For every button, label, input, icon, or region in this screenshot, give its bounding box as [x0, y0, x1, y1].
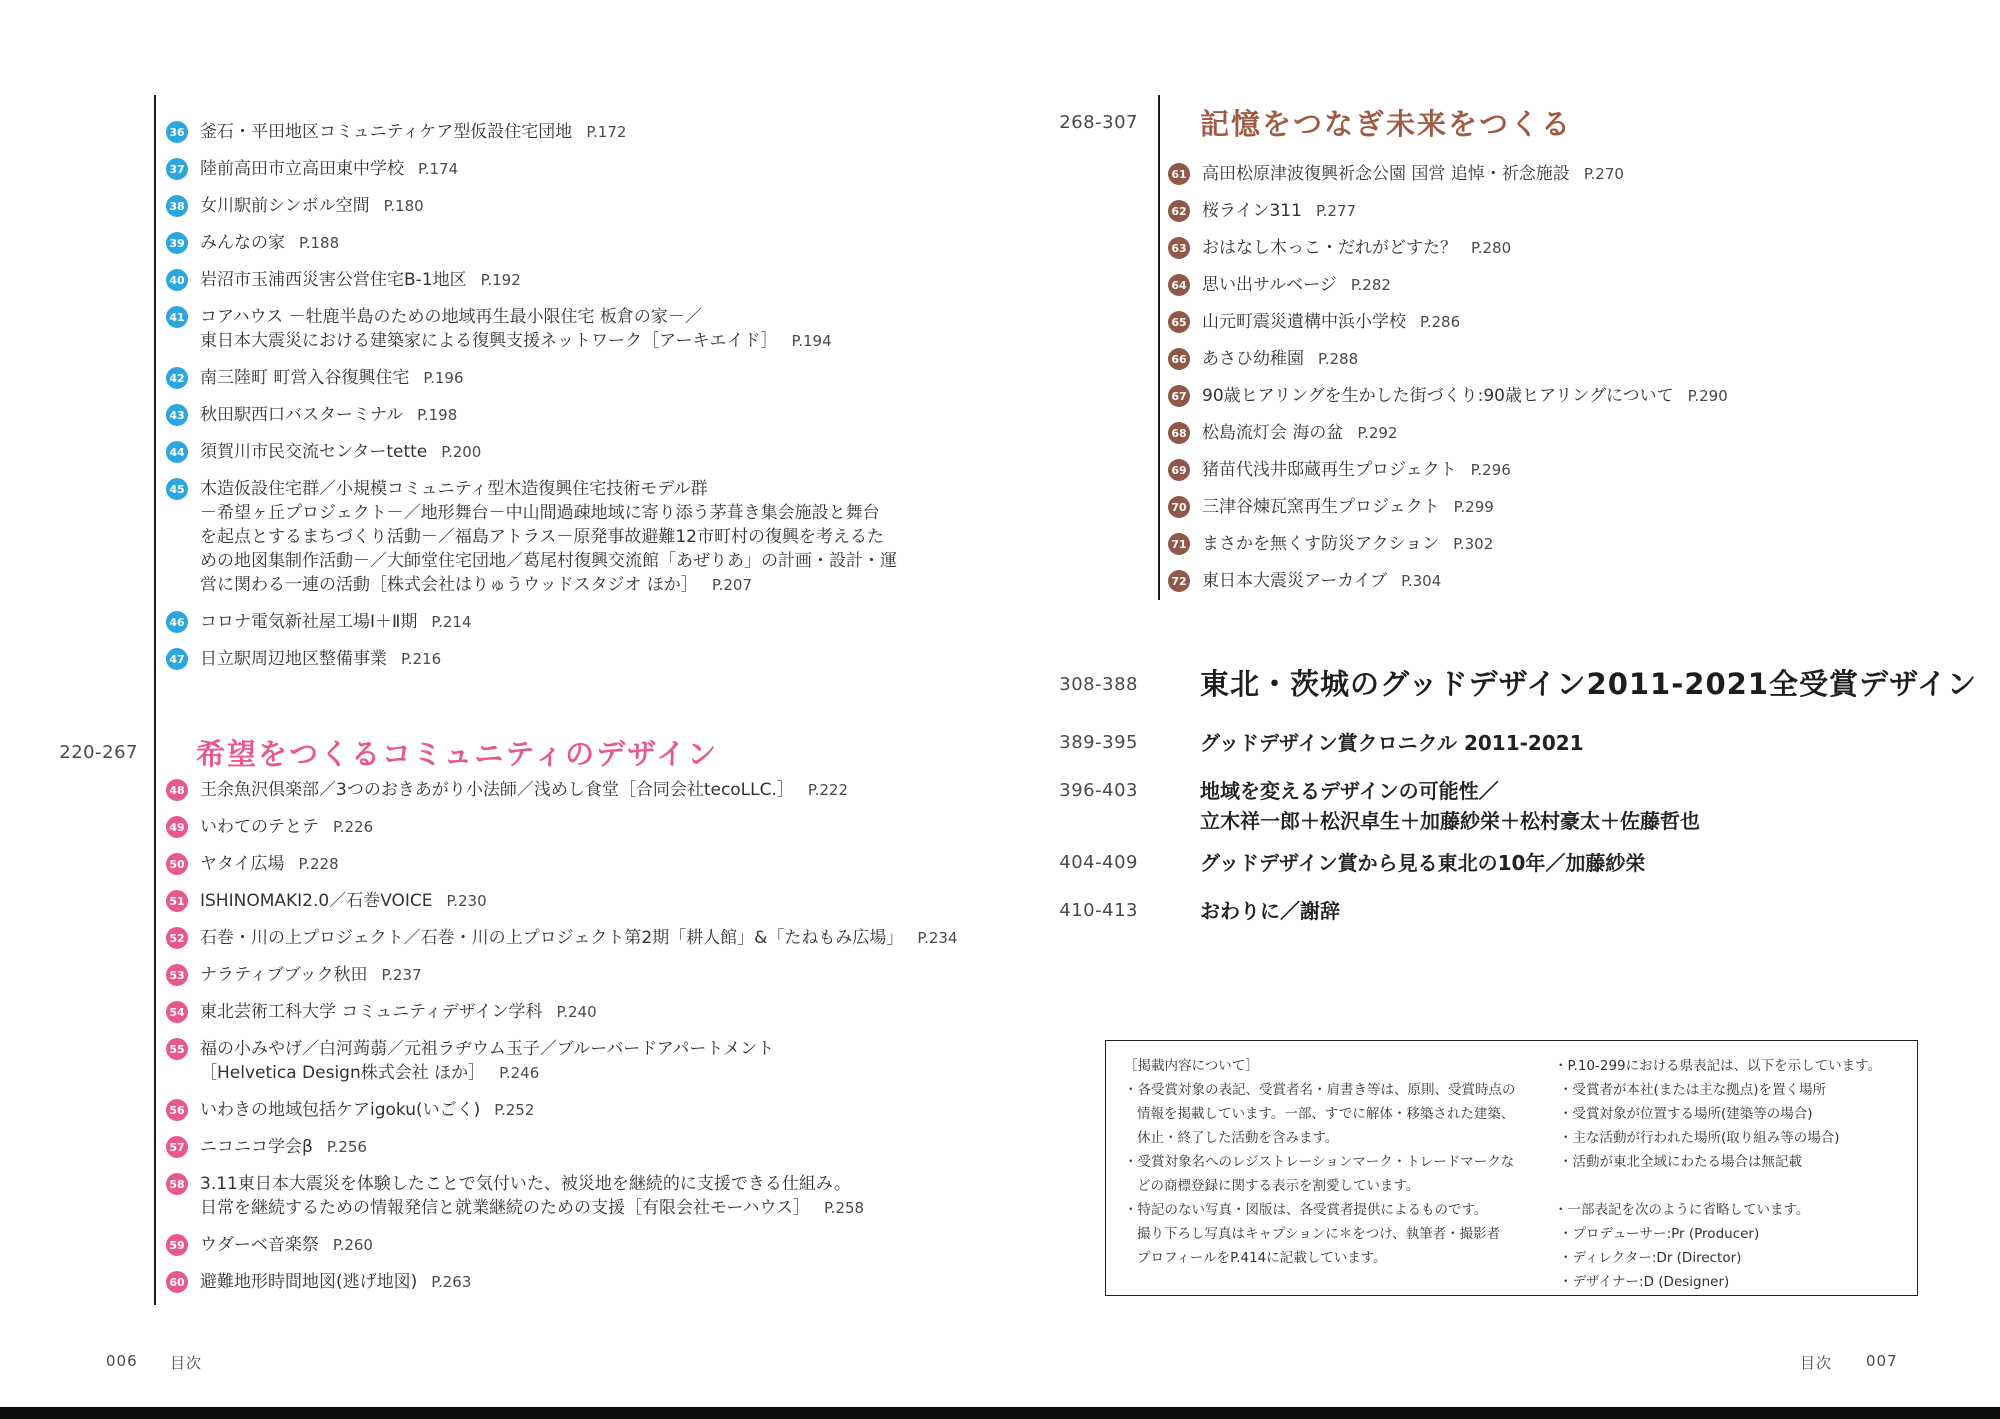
right-footer-label: 目次 [1800, 1352, 1832, 1373]
book-toc-spread: { "colors": { "blue_badge": "#2BA6DE", "… [0, 0, 2000, 1419]
item-number-badge: 68 [1168, 422, 1190, 444]
page-ref: P.256 [327, 1138, 367, 1156]
page-ref: P.302 [1453, 535, 1493, 553]
item-title: 避難地形時間地図(逃げ地図)P.263 [200, 1270, 471, 1294]
back-toc-title: おわりに／謝辞 [1200, 896, 1340, 926]
page-ref: P.258 [824, 1199, 864, 1217]
note-line: 撮り下ろし写真はキャプションに＊をつけ、執筆者・撮影者 [1124, 1222, 1534, 1246]
item-number-badge: 53 [166, 964, 188, 986]
toc-item: 49いわてのテとテP.226 [166, 815, 958, 839]
item-title: ナラティブブック秋田P.237 [200, 963, 422, 987]
item-title: 須賀川市民交流センターtetteP.200 [200, 440, 481, 464]
item-title: 三津谷煉瓦窯再生プロジェクトP.299 [1202, 495, 1494, 519]
toc-item: 69猪苗代浅井邸蔵再生プロジェクトP.296 [1168, 458, 1728, 482]
note-line: ・一部表記を次のように省略しています。 [1554, 1198, 1909, 1222]
toc-item: 48王余魚沢倶楽部／3つのおきあがり小法師／浅めし食堂［合同会社tecoLLC.… [166, 778, 958, 802]
items-48-60: 48王余魚沢倶楽部／3つのおきあがり小法師／浅めし食堂［合同会社tecoLLC.… [166, 778, 958, 1294]
toc-item: 56いわきの地域包括ケアigoku(いごく)P.252 [166, 1098, 958, 1122]
page-ref: P.296 [1471, 461, 1511, 479]
item-title: 山元町震災遺構中浜小学校P.286 [1202, 310, 1460, 334]
item-number-badge: 66 [1168, 348, 1190, 370]
page-ref: P.207 [712, 576, 752, 594]
toc-item: 46コロナ電気新社屋工場Ⅰ＋Ⅱ期P.214 [166, 610, 897, 634]
note-line: ・デザイナー:D (Designer) [1554, 1270, 1909, 1294]
left-page: 36釜石・平田地区コミュニティケア型仮設住宅団地P.17237陸前高田市立高田東… [0, 0, 1000, 1419]
memory-section-page-range: 268-307 [1028, 112, 1138, 133]
left-footer-label: 目次 [170, 1352, 202, 1373]
back-toc-title: 地域を変えるデザインの可能性／立木祥一郎＋松沢卓生＋加藤紗栄＋松村豪太＋佐藤哲也 [1200, 776, 1700, 836]
item-title: 日立駅周辺地区整備事業P.216 [200, 647, 441, 671]
items-61-72: 61高田松原津波復興祈念公園 国営 追悼・祈念施設P.27062桜ライン311P… [1168, 162, 1728, 593]
toc-item: 63おはなし木っこ・だれがどすた？P.280 [1168, 236, 1728, 260]
note-line: ・プロデューサー:Pr (Producer) [1554, 1222, 1909, 1246]
page-ref: P.192 [481, 271, 521, 289]
item-number-badge: 36 [166, 121, 188, 143]
item-title: 桜ライン311P.277 [1202, 199, 1356, 223]
item-number-badge: 41 [166, 306, 188, 328]
toc-item: 60避難地形時間地図(逃げ地図)P.263 [166, 1270, 958, 1294]
right-page-number: 007 [1866, 1352, 1898, 1370]
item-title: 陸前高田市立高田東中学校P.174 [200, 157, 458, 181]
page-ref: P.194 [792, 332, 832, 350]
item-number-badge: 40 [166, 269, 188, 291]
page-ref: P.196 [423, 369, 463, 387]
item-title: 東北芸術工科大学 コミュニティデザイン学科P.240 [200, 1000, 597, 1024]
item-number-badge: 59 [166, 1234, 188, 1256]
note-line [1554, 1174, 1909, 1198]
toc-item: 38女川駅前シンボル空間P.180 [166, 194, 897, 218]
toc-item: 45木造仮設住宅群／小規模コミュニティ型木造復興住宅技術モデル群－希望ヶ丘プロジ… [166, 477, 897, 597]
item-number-badge: 49 [166, 816, 188, 838]
item-number-badge: 56 [166, 1099, 188, 1121]
page-ref: P.252 [494, 1101, 534, 1119]
toc-item: 6790歳ヒアリングを生かした街づくり:90歳ヒアリングについてP.290 [1168, 384, 1728, 408]
left-page-number: 006 [106, 1352, 138, 1370]
item-title: 高田松原津波復興祈念公園 国営 追悼・祈念施設P.270 [1202, 162, 1624, 186]
page-ref: P.188 [299, 234, 339, 252]
toc-item: 53ナラティブブック秋田P.237 [166, 963, 958, 987]
page-ref: P.288 [1318, 350, 1358, 368]
item-number-badge: 37 [166, 158, 188, 180]
bottom-edge-bar [0, 1407, 2000, 1419]
back-toc-page-range: 410-413 [1028, 900, 1138, 921]
note-line: ・受賞対象名へのレジストレーションマーク・トレードマークな [1124, 1150, 1534, 1174]
note-line: ・受賞者が本社(または主な拠点)を置く場所 [1554, 1078, 1909, 1102]
item-title: 王余魚沢倶楽部／3つのおきあがり小法師／浅めし食堂［合同会社tecoLLC.］P… [200, 778, 848, 802]
toc-item: 44須賀川市民交流センターtetteP.200 [166, 440, 897, 464]
page-ref: P.222 [808, 781, 848, 799]
toc-item: 57ニコニコ学会βP.256 [166, 1135, 958, 1159]
item-number-badge: 58 [166, 1173, 188, 1195]
toc-item: 65山元町震災遺構中浜小学校P.286 [1168, 310, 1728, 334]
page-ref: P.286 [1420, 313, 1460, 331]
page-ref: P.200 [441, 443, 481, 461]
item-title: ヤタイ広場P.228 [200, 852, 339, 876]
item-number-badge: 55 [166, 1038, 188, 1060]
item-title: コアハウス －牡鹿半島のための地域再生最小限住宅 板倉の家－／東日本大震災におけ… [200, 305, 832, 353]
toc-item: 61高田松原津波復興祈念公園 国営 追悼・祈念施設P.270 [1168, 162, 1728, 186]
item-number-badge: 44 [166, 441, 188, 463]
toc-item: 47日立駅周辺地区整備事業P.216 [166, 647, 897, 671]
toc-item: 62桜ライン311P.277 [1168, 199, 1728, 223]
toc-item: 59ウダーベ音楽祭P.260 [166, 1233, 958, 1257]
item-number-badge: 39 [166, 232, 188, 254]
note-line: どの商標登録に関する表示を割愛しています。 [1124, 1174, 1534, 1198]
toc-item: 51ISHINOMAKI2.0／石巻VOICEP.230 [166, 889, 958, 913]
item-title: 釜石・平田地区コミュニティケア型仮設住宅団地P.172 [200, 120, 626, 144]
page-ref: P.198 [417, 406, 457, 424]
notes-left-column: ［掲載内容について］・各受賞対象の表記、受賞者名・肩書き等は、原則、受賞時点の情… [1124, 1054, 1534, 1270]
left-page-vertical-rule [154, 95, 156, 1305]
note-line: ・ディレクター:Dr (Director) [1554, 1246, 1909, 1270]
item-number-badge: 43 [166, 404, 188, 426]
toc-item: 39みんなの家P.188 [166, 231, 897, 255]
item-number-badge: 72 [1168, 570, 1190, 592]
back-toc-page-range: 308-388 [1028, 674, 1138, 695]
note-line: 情報を掲載しています。一部、すでに解体・移築された建築、 [1124, 1102, 1534, 1126]
note-line: ・P.10-299における県表記は、以下を示しています。 [1554, 1054, 1909, 1078]
item-title: あさひ幼稚園P.288 [1202, 347, 1358, 371]
item-number-badge: 50 [166, 853, 188, 875]
back-toc-row: 396-403地域を変えるデザインの可能性／立木祥一郎＋松沢卓生＋加藤紗栄＋松村… [1000, 776, 2000, 846]
item-number-badge: 42 [166, 367, 188, 389]
page-ref: P.280 [1471, 239, 1511, 257]
page-ref: P.292 [1357, 424, 1397, 442]
note-line: ［掲載内容について］ [1124, 1054, 1534, 1078]
item-number-badge: 51 [166, 890, 188, 912]
item-number-badge: 69 [1168, 459, 1190, 481]
right-page: 268-307 記憶をつなぎ未来をつくる 61高田松原津波復興祈念公園 国営 追… [1000, 0, 2000, 1419]
item-number-badge: 45 [166, 478, 188, 500]
item-number-badge: 70 [1168, 496, 1190, 518]
item-title: 思い出サルベージP.282 [1202, 273, 1391, 297]
back-toc-title: 東北・茨城のグッドデザイン2011-2021全受賞デザイン [1200, 666, 1977, 702]
content-notes-box: ［掲載内容について］・各受賞対象の表記、受賞者名・肩書き等は、原則、受賞時点の情… [1105, 1040, 1918, 1296]
page-ref: P.263 [431, 1273, 471, 1291]
item-number-badge: 62 [1168, 200, 1190, 222]
note-line: ・受賞対象が位置する場所(建築等の場合) [1554, 1102, 1909, 1126]
item-title: おはなし木っこ・だれがどすた？P.280 [1202, 236, 1511, 260]
page-ref: P.180 [384, 197, 424, 215]
page-ref: P.270 [1584, 165, 1624, 183]
back-toc-row: 410-413おわりに／謝辞 [1000, 896, 2000, 966]
item-title: ISHINOMAKI2.0／石巻VOICEP.230 [200, 889, 487, 913]
notes-right-column: ・P.10-299における県表記は、以下を示しています。・受賞者が本社(または主… [1554, 1054, 1909, 1294]
item-title: 3.11東日本大震災を体験したことで気付いた、被災地を継続的に支援できる仕組み。… [200, 1172, 864, 1220]
item-number-badge: 71 [1168, 533, 1190, 555]
toc-item: 64思い出サルベージP.282 [1168, 273, 1728, 297]
toc-item: 71まさかを無くす防災アクションP.302 [1168, 532, 1728, 556]
item-title: いわきの地域包括ケアigoku(いごく)P.252 [200, 1098, 534, 1122]
page-ref: P.216 [401, 650, 441, 668]
note-line: プロフィールをP.414に記載しています。 [1124, 1246, 1534, 1270]
item-number-badge: 63 [1168, 237, 1190, 259]
item-number-badge: 60 [166, 1271, 188, 1293]
item-number-badge: 38 [166, 195, 188, 217]
back-toc-page-range: 404-409 [1028, 852, 1138, 873]
item-number-badge: 57 [166, 1136, 188, 1158]
item-title: 南三陸町 町営入谷復興住宅P.196 [200, 366, 464, 390]
toc-item: 52石巻・川の上プロジェクト／石巻・川の上プロジェクト第2期「耕人館」&「たねも… [166, 926, 958, 950]
back-toc-title: グッドデザイン賞から見る東北の10年／加藤紗栄 [1200, 848, 1645, 878]
toc-item: 42南三陸町 町営入谷復興住宅P.196 [166, 366, 897, 390]
items-36-47: 36釜石・平田地区コミュニティケア型仮設住宅団地P.17237陸前高田市立高田東… [166, 120, 897, 671]
note-line: ・各受賞対象の表記、受賞者名・肩書き等は、原則、受賞時点の [1124, 1078, 1534, 1102]
page-ref: P.277 [1316, 202, 1356, 220]
item-title: 女川駅前シンボル空間P.180 [200, 194, 424, 218]
toc-item: 37陸前高田市立高田東中学校P.174 [166, 157, 897, 181]
memory-section-title: 記憶をつなぎ未来をつくる [1200, 102, 1572, 143]
community-section-page-range: 220-267 [28, 742, 138, 763]
item-number-badge: 67 [1168, 385, 1190, 407]
item-number-badge: 46 [166, 611, 188, 633]
toc-item: 55福の小みやげ／白河蒟蒻／元祖ラヂウム玉子／ブルーバードアパートメント［Hel… [166, 1037, 958, 1085]
page-ref: P.304 [1401, 572, 1441, 590]
toc-item: 66あさひ幼稚園P.288 [1168, 347, 1728, 371]
page-ref: P.299 [1454, 498, 1494, 516]
page-ref: P.234 [917, 929, 957, 947]
right-page-vertical-rule [1158, 95, 1160, 600]
toc-item: 50ヤタイ広場P.228 [166, 852, 958, 876]
page-ref: P.260 [333, 1236, 373, 1254]
item-number-badge: 48 [166, 779, 188, 801]
note-line: 休止・終了した活動を含みます。 [1124, 1126, 1534, 1150]
item-title: 90歳ヒアリングを生かした街づくり:90歳ヒアリングについてP.290 [1202, 384, 1728, 408]
item-title: 松島流灯会 海の盆P.292 [1202, 421, 1398, 445]
item-title: 秋田駅西口バスターミナルP.198 [200, 403, 457, 427]
toc-item: 68松島流灯会 海の盆P.292 [1168, 421, 1728, 445]
item-title: みんなの家P.188 [200, 231, 339, 255]
toc-item: 43秋田駅西口バスターミナルP.198 [166, 403, 897, 427]
item-title: コロナ電気新社屋工場Ⅰ＋Ⅱ期P.214 [200, 610, 472, 634]
item-title: ウダーベ音楽祭P.260 [200, 1233, 373, 1257]
item-number-badge: 61 [1168, 163, 1190, 185]
item-number-badge: 47 [166, 648, 188, 670]
page-ref: P.214 [431, 613, 471, 631]
item-title: いわてのテとテP.226 [200, 815, 373, 839]
page-ref: P.290 [1688, 387, 1728, 405]
note-line: ・特記のない写真・図版は、各受賞者提供によるものです。 [1124, 1198, 1534, 1222]
back-toc-title: グッドデザイン賞クロニクル 2011-2021 [1200, 728, 1584, 758]
toc-item: 54東北芸術工科大学 コミュニティデザイン学科P.240 [166, 1000, 958, 1024]
toc-item: 40岩沼市玉浦西災害公営住宅B-1地区P.192 [166, 268, 897, 292]
toc-item: 41コアハウス －牡鹿半島のための地域再生最小限住宅 板倉の家－／東日本大震災に… [166, 305, 897, 353]
toc-item: 70三津谷煉瓦窯再生プロジェクトP.299 [1168, 495, 1728, 519]
back-toc-page-range: 389-395 [1028, 732, 1138, 753]
item-title: 木造仮設住宅群／小規模コミュニティ型木造復興住宅技術モデル群－希望ヶ丘プロジェク… [200, 477, 897, 597]
item-title: ニコニコ学会βP.256 [200, 1135, 367, 1159]
item-number-badge: 64 [1168, 274, 1190, 296]
page-ref: P.237 [381, 966, 421, 984]
note-line: ・主な活動が行われた場所(取り組み等の場合) [1554, 1126, 1909, 1150]
item-number-badge: 65 [1168, 311, 1190, 333]
back-toc-page-range: 396-403 [1028, 780, 1138, 801]
item-title: 石巻・川の上プロジェクト／石巻・川の上プロジェクト第2期「耕人館」&「たねもみ広… [200, 926, 958, 950]
item-title: 東日本大震災アーカイブP.304 [1202, 569, 1441, 593]
toc-item: 583.11東日本大震災を体験したことで気付いた、被災地を継続的に支援できる仕組… [166, 1172, 958, 1220]
page-ref: P.228 [299, 855, 339, 873]
community-section-title: 希望をつくるコミュニティのデザイン [196, 732, 718, 773]
toc-item: 36釜石・平田地区コミュニティケア型仮設住宅団地P.172 [166, 120, 897, 144]
item-title: 福の小みやげ／白河蒟蒻／元祖ラヂウム玉子／ブルーバードアパートメント［Helve… [200, 1037, 774, 1085]
toc-item: 72東日本大震災アーカイブP.304 [1168, 569, 1728, 593]
page-ref: P.230 [447, 892, 487, 910]
note-line: ・活動が東北全域にわたる場合は無記載 [1554, 1150, 1909, 1174]
page-ref: P.226 [333, 818, 373, 836]
item-title: 岩沼市玉浦西災害公営住宅B-1地区P.192 [200, 268, 521, 292]
back-toc-row: 308-388東北・茨城のグッドデザイン2011-2021全受賞デザイン [1000, 666, 2000, 736]
page-ref: P.282 [1351, 276, 1391, 294]
item-title: 猪苗代浅井邸蔵再生プロジェクトP.296 [1202, 458, 1511, 482]
page-ref: P.174 [418, 160, 458, 178]
page-ref: P.240 [557, 1003, 597, 1021]
item-title: まさかを無くす防災アクションP.302 [1202, 532, 1493, 556]
page-ref: P.172 [586, 123, 626, 141]
item-number-badge: 54 [166, 1001, 188, 1023]
item-number-badge: 52 [166, 927, 188, 949]
page-ref: P.246 [499, 1064, 539, 1082]
